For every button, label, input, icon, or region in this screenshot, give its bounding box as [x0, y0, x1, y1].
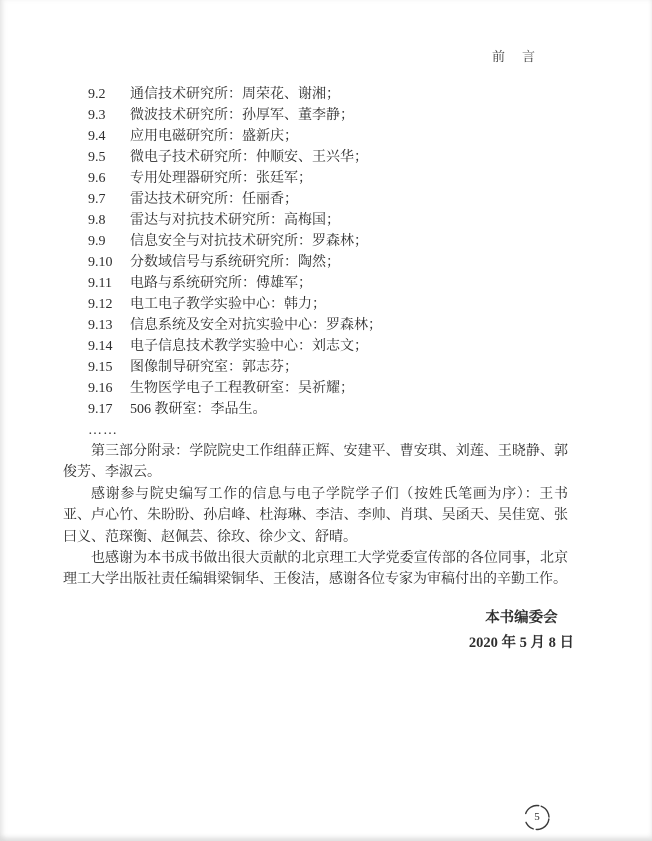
item-number: 9.11 [88, 273, 130, 294]
item-number: 9.4 [88, 126, 130, 147]
item-text: 信息系统及安全对抗实验中心：罗森林； [130, 315, 382, 336]
item-text: 电工电子教学实验中心：韩力； [130, 294, 326, 315]
body-paragraphs: 第三部分附录：学院院史工作组薛正辉、安建平、曹安琪、刘莲、王晓静、郭俊芳、李淑云… [63, 441, 568, 591]
list-item: 9.13 信息系统及安全对抗实验中心：罗森林； [88, 315, 652, 336]
page-number: 5 [522, 802, 552, 832]
item-text: 雷达与对抗技术研究所：高梅国； [130, 210, 340, 231]
item-number: 9.16 [88, 378, 130, 399]
item-number: 9.3 [88, 105, 130, 126]
list-item: 9.8 雷达与对抗技术研究所：高梅国； [88, 210, 652, 231]
item-text: 雷达技术研究所：任丽香； [130, 189, 298, 210]
item-text: 生物医学电子工程教研室：吴祈耀； [130, 378, 354, 399]
list-item: 9.7 雷达技术研究所：任丽香； [88, 189, 652, 210]
list-item: 9.4 应用电磁研究所：盛新庆； [88, 126, 652, 147]
list-item: 9.9 信息安全与对抗技术研究所：罗森林； [88, 231, 652, 252]
page-content: 9.2 通信技术研究所：周荣花、谢湘； 9.3 微波技术研究所：孙厚军、董李静；… [0, 84, 652, 656]
list-item: 9.11 电路与系统研究所：傅雄军； [88, 273, 652, 294]
item-text: 微波技术研究所：孙厚军、董李静； [130, 105, 354, 126]
list-item: 9.3 微波技术研究所：孙厚军、董李静； [88, 105, 652, 126]
item-text: 电子信息技术教学实验中心：刘志文； [130, 336, 368, 357]
item-number: 9.5 [88, 147, 130, 168]
item-text: 分数域信号与系统研究所：陶然； [130, 252, 340, 273]
item-number: 9.17 [88, 399, 130, 420]
item-number: 9.2 [88, 84, 130, 105]
item-text: 专用处理器研究所：张廷军； [130, 168, 312, 189]
list-item: 9.10 分数域信号与系统研究所：陶然； [88, 252, 652, 273]
item-text: 应用电磁研究所：盛新庆； [130, 126, 298, 147]
running-header: 前 言 [492, 46, 537, 65]
paragraph-thanks-staff: 也感谢为本书成书做出很大贡献的北京理工大学党委宣传部的各位同事，北京理工大学出版… [63, 548, 568, 591]
item-number: 9.7 [88, 189, 130, 210]
item-number: 9.9 [88, 231, 130, 252]
paragraph-thanks-students: 感谢参与院史编写工作的信息与电子学院学子们（按姓氏笔画为序）：王书亚、卢心竹、朱… [63, 484, 568, 548]
list-item: 9.17 506 教研室：李品生。 [88, 399, 652, 420]
item-text: 微电子技术研究所：仲顺安、王兴华； [130, 147, 368, 168]
item-text: 电路与系统研究所：傅雄军； [130, 273, 312, 294]
item-number: 9.8 [88, 210, 130, 231]
item-text: 506 教研室：李品生。 [130, 399, 267, 420]
item-number: 9.14 [88, 336, 130, 357]
item-number: 9.6 [88, 168, 130, 189]
list-item: 9.14 电子信息技术教学实验中心：刘志文； [88, 336, 652, 357]
list-item: 9.6 专用处理器研究所：张廷军； [88, 168, 652, 189]
list-item: 9.15 图像制导研究室：郭志芬； [88, 357, 652, 378]
list-item: 9.2 通信技术研究所：周荣花、谢湘； [88, 84, 652, 105]
signature-block: 本书编委会 2020 年 5 月 8 日 [469, 606, 574, 656]
list-item: 9.5 微电子技术研究所：仲顺安、王兴华； [88, 147, 652, 168]
item-number: 9.13 [88, 315, 130, 336]
list-item: 9.12 电工电子教学实验中心：韩力； [88, 294, 652, 315]
signature-committee: 本书编委会 [469, 606, 574, 631]
paragraph-appendix: 第三部分附录：学院院史工作组薛正辉、安建平、曹安琪、刘莲、王晓静、郭俊芳、李淑云… [63, 441, 568, 484]
page-number-badge: 5 [522, 802, 552, 832]
item-text: 通信技术研究所：周荣花、谢湘； [130, 84, 340, 105]
list-item: 9.16 生物医学电子工程教研室：吴祈耀； [88, 378, 652, 399]
item-number: 9.10 [88, 252, 130, 273]
acknowledgment-list: 9.2 通信技术研究所：周荣花、谢湘； 9.3 微波技术研究所：孙厚军、董李静；… [88, 84, 652, 420]
item-text: 信息安全与对抗技术研究所：罗森林； [130, 231, 368, 252]
item-text: 图像制导研究室：郭志芬； [130, 357, 298, 378]
signature-date: 2020 年 5 月 8 日 [469, 631, 574, 656]
ellipsis: …… [88, 420, 652, 441]
item-number: 9.15 [88, 357, 130, 378]
item-number: 9.12 [88, 294, 130, 315]
